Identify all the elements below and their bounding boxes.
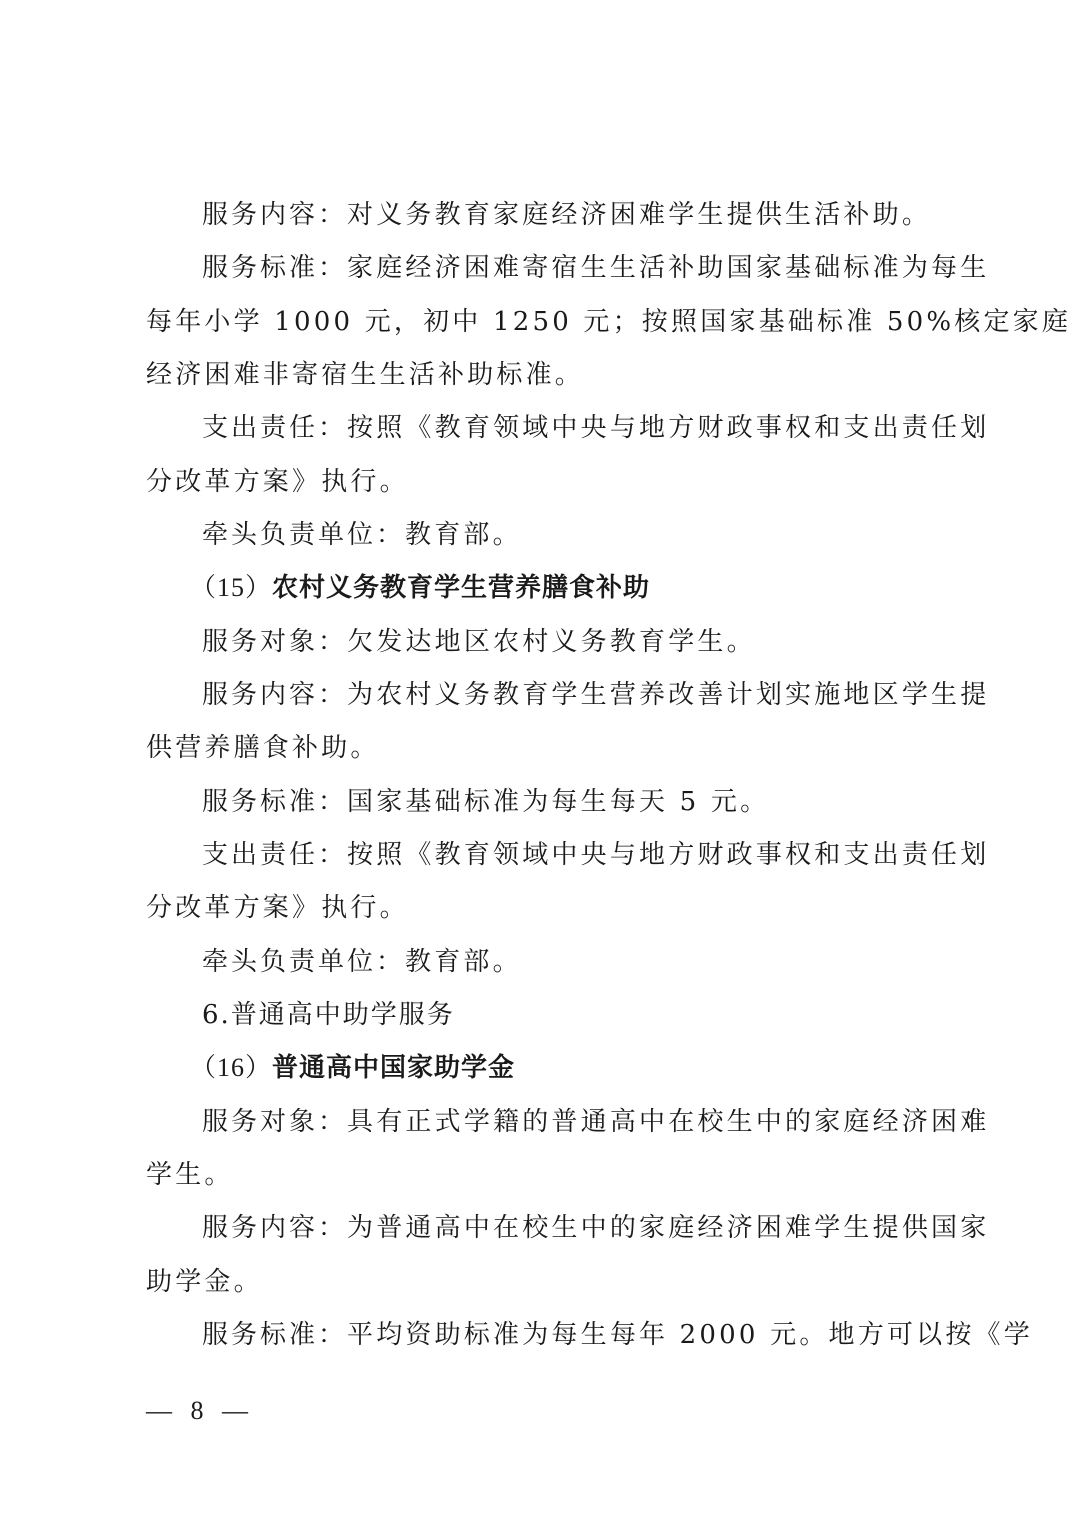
paragraph-continuation: 分改革方案》执行。 [146, 465, 936, 499]
field-text: 助学金。 [146, 1267, 263, 1297]
field-text: 每年小学 1000 元，初中 1250 元；按照国家基础标准 50%核定家庭 [146, 307, 1071, 337]
field-text: 为农村义务教育学生营养改善计划实施地区学生提 [347, 680, 989, 710]
item-number: （15） [190, 573, 272, 602]
item-heading-15: （15）农村义务教育学生营养膳食补助 [190, 571, 924, 605]
field-text: 学生。 [146, 1160, 234, 1190]
paragraph-continuation: 经济困难非寄宿生生活补助标准。 [146, 358, 936, 392]
paragraph-continuation: 助学金。 [146, 1265, 936, 1299]
paragraph-continuation: 学生。 [146, 1158, 936, 1192]
field-text: 经济困难非寄宿生生活补助标准。 [146, 360, 584, 390]
item-title: 农村义务教育学生营养膳食补助 [272, 573, 650, 603]
field-label: 服务内容： [202, 1213, 347, 1243]
field-text: 分改革方案》执行。 [146, 893, 409, 923]
paragraph-service-standard: 服务标准：家庭经济困难寄宿生生活补助国家基础标准为每生 [202, 251, 936, 285]
field-label: 服务标准： [202, 1320, 347, 1350]
paragraph-continuation: 每年小学 1000 元，初中 1250 元；按照国家基础标准 50%核定家庭 [146, 305, 936, 339]
paragraph-service-standard: 服务标准：国家基础标准为每生每天 5 元。 [202, 785, 936, 819]
item-title: 普通高中国家助学金 [272, 1053, 515, 1083]
paragraph-expenditure-responsibility: 支出责任：按照《教育领域中央与地方财政事权和支出责任划 [202, 411, 936, 445]
field-text: 平均资助标准为每生每年 2000 元。地方可以按《学 [347, 1320, 1033, 1350]
field-text: 按照《教育领域中央与地方财政事权和支出责任划 [347, 413, 989, 443]
field-text: 国家基础标准为每生每天 5 元。 [347, 787, 769, 817]
field-label: 牵头负责单位： [202, 947, 405, 977]
paragraph-service-target: 服务对象：欠发达地区农村义务教育学生。 [202, 625, 936, 659]
field-label: 服务标准： [202, 253, 347, 283]
field-label: 服务标准： [202, 787, 347, 817]
item-heading-16: （16）普通高中国家助学金 [190, 1051, 924, 1085]
section-heading-6: 6.普通高中助学服务 [202, 998, 936, 1032]
paragraph-service-target: 服务对象：具有正式学籍的普通高中在校生中的家庭经济困难 [202, 1105, 936, 1139]
section-title: 6.普通高中助学服务 [202, 1000, 455, 1030]
paragraph-service-content: 服务内容：为农村义务教育学生营养改善计划实施地区学生提 [202, 678, 936, 712]
paragraph-service-content: 服务内容：对义务教育家庭经济困难学生提供生活补助。 [202, 198, 936, 232]
field-label: 支出责任： [202, 840, 347, 870]
field-text: 供营养膳食补助。 [146, 733, 380, 763]
paragraph-expenditure-responsibility: 支出责任：按照《教育领域中央与地方财政事权和支出责任划 [202, 838, 936, 872]
field-text: 教育部。 [405, 947, 522, 977]
field-text: 对义务教育家庭经济困难学生提供生活补助。 [347, 200, 931, 230]
field-text: 教育部。 [405, 520, 522, 550]
field-label: 服务对象： [202, 627, 347, 657]
paragraph-service-standard: 服务标准：平均资助标准为每生每年 2000 元。地方可以按《学 [202, 1318, 936, 1352]
field-text: 具有正式学籍的普通高中在校生中的家庭经济困难 [347, 1107, 989, 1137]
field-label: 牵头负责单位： [202, 520, 405, 550]
field-label: 服务内容： [202, 200, 347, 230]
field-label: 支出责任： [202, 413, 347, 443]
field-text: 为普通高中在校生中的家庭经济困难学生提供国家 [347, 1213, 989, 1243]
paragraph-lead-unit: 牵头负责单位：教育部。 [202, 518, 936, 552]
document-page: 服务内容：对义务教育家庭经济困难学生提供生活补助。 服务标准：家庭经济困难寄宿生… [0, 0, 1080, 1527]
field-text: 按照《教育领域中央与地方财政事权和支出责任划 [347, 840, 989, 870]
field-label: 服务内容： [202, 680, 347, 710]
field-text: 欠发达地区农村义务教育学生。 [347, 627, 756, 657]
field-text: 家庭经济困难寄宿生生活补助国家基础标准为每生 [347, 253, 989, 283]
paragraph-continuation: 供营养膳食补助。 [146, 731, 936, 765]
field-text: 分改革方案》执行。 [146, 467, 409, 497]
paragraph-continuation: 分改革方案》执行。 [146, 891, 936, 925]
paragraph-service-content: 服务内容：为普通高中在校生中的家庭经济困难学生提供国家 [202, 1211, 936, 1245]
field-label: 服务对象： [202, 1107, 347, 1137]
paragraph-lead-unit: 牵头负责单位：教育部。 [202, 945, 936, 979]
page-number: — 8 — [146, 1394, 254, 1428]
item-number: （16） [190, 1053, 272, 1082]
